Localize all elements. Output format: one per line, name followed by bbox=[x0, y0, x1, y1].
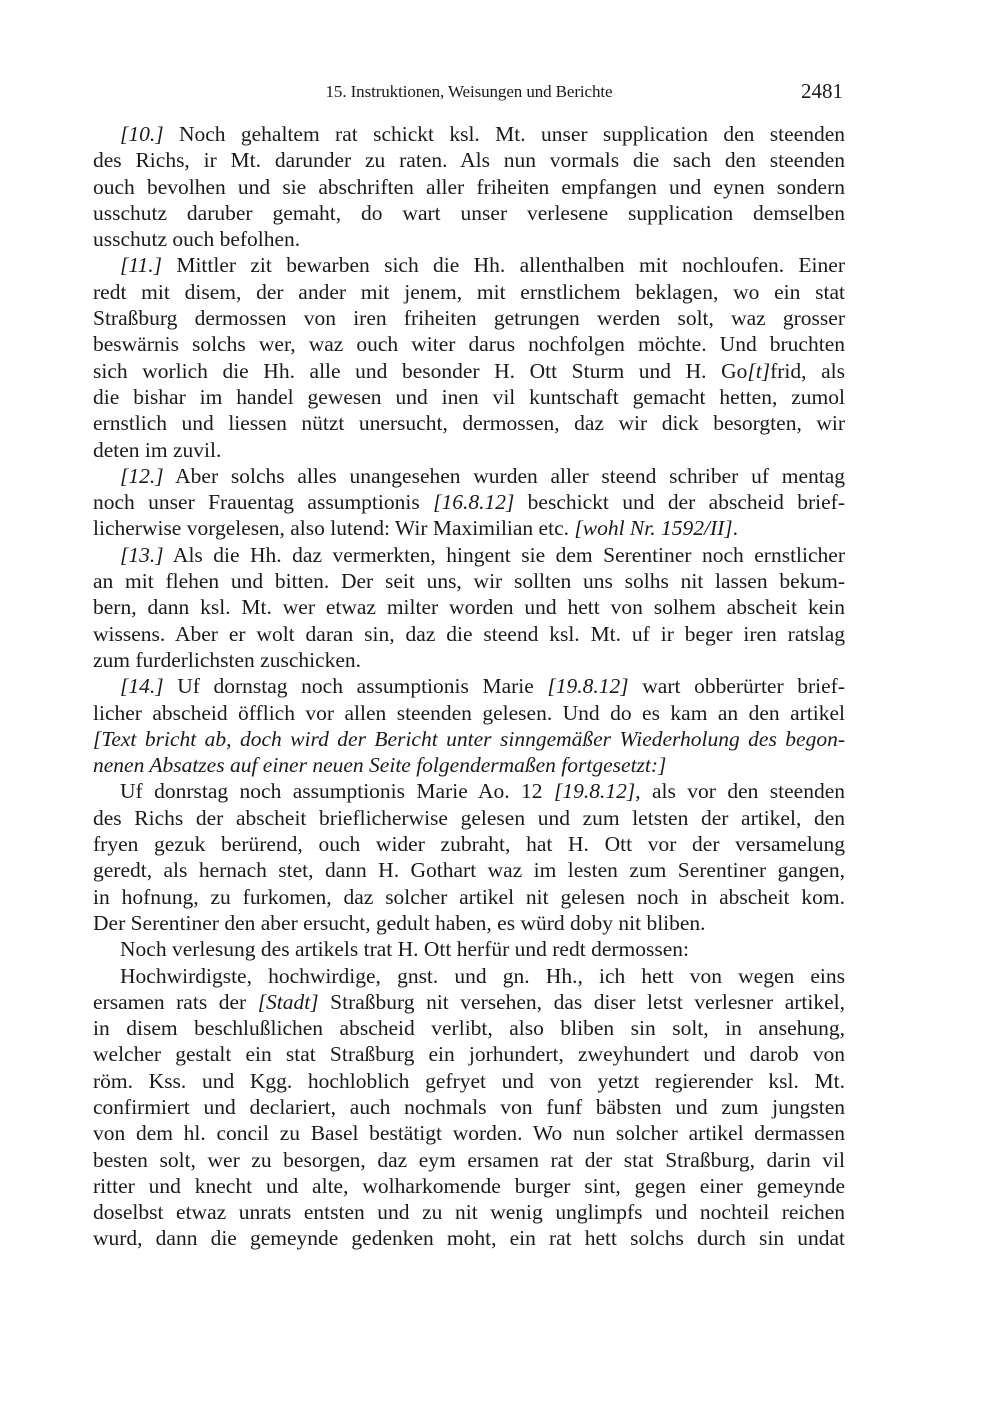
text-segment: bern, dann ksl. Mt. wer etwaz milter wor… bbox=[93, 595, 845, 619]
text-segment: deten im zuvil. bbox=[93, 438, 221, 462]
text-line: geredt, als hernach stet, dann H. Gothar… bbox=[93, 857, 845, 883]
page-header: 15. Instruktionen, Weisungen und Bericht… bbox=[93, 80, 845, 106]
text-line: ouch bevolhen und sie abschriften aller … bbox=[93, 174, 845, 200]
text-line: wurd, dann die gemeynde gedenken moht, e… bbox=[93, 1225, 845, 1251]
text-line: licherwise vorgelesen, also lutend: Wir … bbox=[93, 515, 845, 541]
editorial-note: [19.8.12] bbox=[547, 674, 628, 698]
text-segment: ouch bevolhen und sie abschriften aller … bbox=[93, 175, 845, 199]
editorial-note: [16.8.12] bbox=[433, 490, 514, 514]
text-segment: Als die Hh. daz vermerkten, hingent sie … bbox=[164, 543, 845, 567]
text-segment: doselbst etwaz unrats entsten und zu nit… bbox=[93, 1200, 845, 1224]
text-segment: frid, als bbox=[770, 359, 845, 383]
document-body: [10.] Noch gehaltem rat schickt ksl. Mt.… bbox=[93, 121, 845, 1252]
text-segment: ersamen rats der bbox=[93, 990, 258, 1014]
text-segment: wart obberürter brief- bbox=[629, 674, 845, 698]
text-line: wissens. Aber er wolt daran sin, daz die… bbox=[93, 621, 845, 647]
text-line: Noch verlesung des artikels trat H. Ott … bbox=[93, 936, 845, 962]
text-segment: , als vor den steenden bbox=[635, 779, 845, 803]
text-line: ritter und knecht und alte, wolharkomend… bbox=[93, 1173, 845, 1199]
text-segment: noch unser Frauentag assumptionis bbox=[93, 490, 433, 514]
editorial-note: [t] bbox=[747, 359, 770, 383]
text-segment: geredt, als hernach stet, dann H. Gothar… bbox=[93, 858, 845, 882]
text-line: Der Serentiner den aber ersucht, gedult … bbox=[93, 910, 845, 936]
text-line: besten solt, wer zu besorgen, daz eym er… bbox=[93, 1147, 845, 1173]
text-segment: wurd, dann die gemeynde gedenken moht, e… bbox=[93, 1226, 845, 1250]
editorial-note: [14.] bbox=[120, 674, 164, 698]
text-line: redt mit disem, der ander mit jenem, mit… bbox=[93, 279, 845, 305]
text-line: in disem beschlußlichen abscheid verlibt… bbox=[93, 1015, 845, 1041]
text-segment: licherwise vorgelesen, also lutend: Wir … bbox=[93, 516, 574, 540]
editorial-note: [12.] bbox=[120, 464, 164, 488]
text-segment: redt mit disem, der ander mit jenem, mit… bbox=[93, 280, 845, 304]
text-line: des Richs der abscheit brieflicherwise g… bbox=[93, 805, 845, 831]
text-line: usschutz ouch befolhen. bbox=[93, 226, 845, 252]
text-line: von dem hl. concil zu Basel bestätigt wo… bbox=[93, 1120, 845, 1146]
text-line: Uf donrstag noch assumptionis Marie Ao. … bbox=[93, 778, 845, 804]
text-segment: an mit flehen und bitten. Der seit uns, … bbox=[93, 569, 845, 593]
text-segment: Der Serentiner den aber ersucht, gedult … bbox=[93, 911, 706, 935]
editorial-note: [Stadt] bbox=[258, 990, 319, 1014]
editorial-note: nenen Absatzes auf einer neuen Seite fol… bbox=[93, 753, 666, 777]
text-line: [12.] Aber solchs alles unangesehen wurd… bbox=[93, 463, 845, 489]
text-segment: von dem hl. concil zu Basel bestätigt wo… bbox=[93, 1121, 845, 1145]
text-line: deten im zuvil. bbox=[93, 437, 845, 463]
text-segment: röm. Kss. und Kgg. hochloblich gefryet u… bbox=[93, 1069, 845, 1093]
text-line: in hofnung, zu furkomen, daz solcher art… bbox=[93, 884, 845, 910]
text-line: die bishar im handel gewesen und inen vi… bbox=[93, 384, 845, 410]
text-segment: Mittler zit bewarben sich die Hh. allent… bbox=[162, 253, 845, 277]
text-segment: des Richs der abscheit brieflicherwise g… bbox=[93, 806, 845, 830]
text-segment: ernstlich und liessen nützt unersucht, d… bbox=[93, 411, 845, 435]
text-segment: Noch verlesung des artikels trat H. Ott … bbox=[120, 937, 689, 961]
text-segment: usschutz daruber gemaht, do wart unser v… bbox=[93, 201, 845, 225]
running-title: 15. Instruktionen, Weisungen und Bericht… bbox=[93, 82, 845, 102]
text-line: Straßburg dermossen von iren friheiten g… bbox=[93, 305, 845, 331]
text-segment: des Richs, ir Mt. darunder zu raten. Als… bbox=[93, 148, 845, 172]
text-line: [Text bricht ab, doch wird der Bericht u… bbox=[93, 726, 845, 752]
page-number: 2481 bbox=[801, 79, 843, 104]
text-line: confirmiert und declariert, auch nochmal… bbox=[93, 1094, 845, 1120]
text-line: an mit flehen und bitten. Der seit uns, … bbox=[93, 568, 845, 594]
text-segment: beswärnis solchs wer, waz ouch witer dar… bbox=[93, 332, 845, 356]
text-segment: Uf donrstag noch assumptionis Marie Ao. … bbox=[120, 779, 554, 803]
editorial-note: [19.8.12] bbox=[554, 779, 635, 803]
text-line: [11.] Mittler zit bewarben sich die Hh. … bbox=[93, 252, 845, 278]
text-line: bern, dann ksl. Mt. wer etwaz milter wor… bbox=[93, 594, 845, 620]
text-line: [10.] Noch gehaltem rat schickt ksl. Mt.… bbox=[93, 121, 845, 147]
text-segment: . bbox=[733, 516, 738, 540]
text-segment: sich worlich die Hh. alle und besonder H… bbox=[93, 359, 747, 383]
text-segment: in hofnung, zu furkomen, daz solcher art… bbox=[93, 885, 845, 909]
text-line: des Richs, ir Mt. darunder zu raten. Als… bbox=[93, 147, 845, 173]
text-segment: zum furderlichsten zuschicken. bbox=[93, 648, 361, 672]
text-line: röm. Kss. und Kgg. hochloblich gefryet u… bbox=[93, 1068, 845, 1094]
text-line: [14.] Uf dornstag noch assumptionis Mari… bbox=[93, 673, 845, 699]
text-segment: licher abscheid öfflich vor allen steend… bbox=[93, 701, 845, 725]
text-line: [13.] Als die Hh. daz vermerkten, hingen… bbox=[93, 542, 845, 568]
text-line: noch unser Frauentag assumptionis [16.8.… bbox=[93, 489, 845, 515]
editorial-note: [10.] bbox=[120, 122, 164, 146]
text-line: licher abscheid öfflich vor allen steend… bbox=[93, 700, 845, 726]
editorial-note: [13.] bbox=[120, 543, 164, 567]
text-line: doselbst etwaz unrats entsten und zu nit… bbox=[93, 1199, 845, 1225]
text-line: welcher gestalt ein stat Straßburg ein j… bbox=[93, 1041, 845, 1067]
text-segment: ritter und knecht und alte, wolharkomend… bbox=[93, 1174, 845, 1198]
text-segment: besten solt, wer zu besorgen, daz eym er… bbox=[93, 1148, 845, 1172]
text-segment: Hochwirdigste, hochwirdige, gnst. und gn… bbox=[120, 964, 845, 988]
text-line: usschutz daruber gemaht, do wart unser v… bbox=[93, 200, 845, 226]
editorial-note: [11.] bbox=[120, 253, 162, 277]
text-segment: welcher gestalt ein stat Straßburg ein j… bbox=[93, 1042, 845, 1066]
text-segment: Aber solchs alles unangesehen wurden all… bbox=[164, 464, 845, 488]
text-segment: beschickt und der abscheid brief- bbox=[514, 490, 845, 514]
text-line: beswärnis solchs wer, waz ouch witer dar… bbox=[93, 331, 845, 357]
text-segment: Straßburg nit versehen, das diser letst … bbox=[319, 990, 845, 1014]
text-segment: Noch gehaltem rat schickt ksl. Mt. unser… bbox=[164, 122, 845, 146]
text-line: Hochwirdigste, hochwirdige, gnst. und gn… bbox=[93, 963, 845, 989]
text-segment: die bishar im handel gewesen und inen vi… bbox=[93, 385, 845, 409]
text-segment: fryen gezuk berürend, ouch wider zubraht… bbox=[93, 832, 845, 856]
editorial-note: [Text bricht ab, doch wird der Bericht u… bbox=[93, 727, 845, 751]
text-line: ersamen rats der [Stadt] Straßburg nit v… bbox=[93, 989, 845, 1015]
text-segment: in disem beschlußlichen abscheid verlibt… bbox=[93, 1016, 845, 1040]
text-line: nenen Absatzes auf einer neuen Seite fol… bbox=[93, 752, 845, 778]
editorial-note: [wohl Nr. 1592/II] bbox=[574, 516, 732, 540]
text-segment: Uf dornstag noch assumptionis Marie bbox=[164, 674, 548, 698]
text-segment: confirmiert und declariert, auch nochmal… bbox=[93, 1095, 845, 1119]
text-segment: Straßburg dermossen von iren friheiten g… bbox=[93, 306, 845, 330]
text-line: sich worlich die Hh. alle und besonder H… bbox=[93, 358, 845, 384]
text-line: ernstlich und liessen nützt unersucht, d… bbox=[93, 410, 845, 436]
text-line: zum furderlichsten zuschicken. bbox=[93, 647, 845, 673]
text-segment: wissens. Aber er wolt daran sin, daz die… bbox=[93, 622, 845, 646]
text-line: fryen gezuk berürend, ouch wider zubraht… bbox=[93, 831, 845, 857]
text-segment: usschutz ouch befolhen. bbox=[93, 227, 300, 251]
